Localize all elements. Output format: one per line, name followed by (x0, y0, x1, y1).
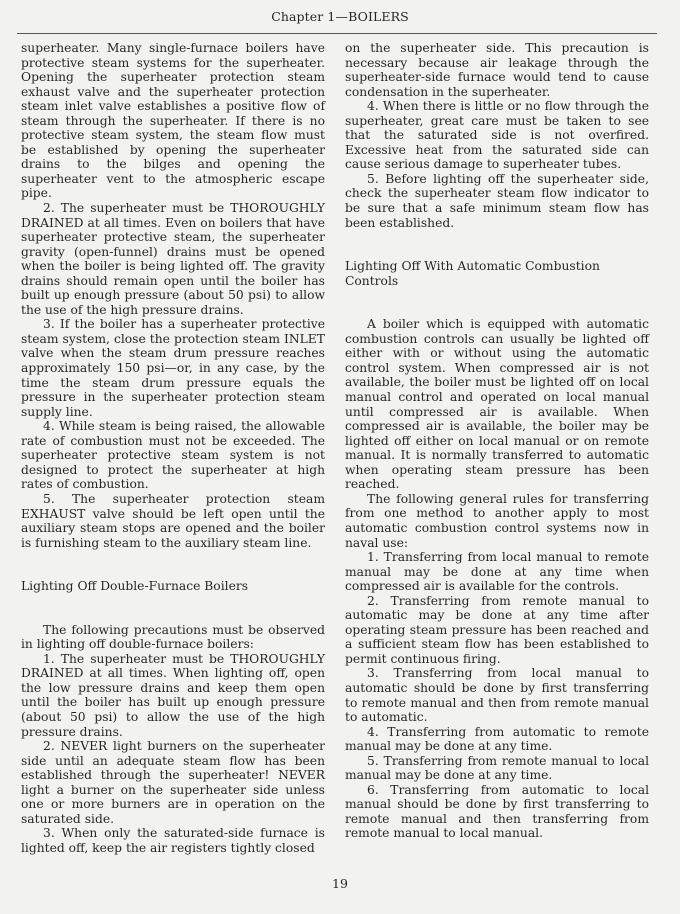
paragraph-continued: superheater. Many single-furnace boilers… (21, 41, 325, 201)
left-column: superheater. Many single-furnace boilers… (21, 41, 325, 855)
list-item: 2. NEVER light burners on the superheate… (21, 739, 325, 826)
list-item: 5. The superheater protection steam EXHA… (21, 492, 325, 550)
list-item: 1. The superheater must be THOROUGHLY DR… (21, 652, 325, 739)
rule-item: 1. Transferring from local manual to rem… (345, 550, 649, 594)
spacer (345, 288, 649, 317)
rule-item: 6. Transferring from automatic to local … (345, 783, 649, 841)
list-item: 3. When only the saturated-side furnace … (21, 826, 325, 855)
section-heading-automatic-controls: Lighting Off With Automatic Combustion C… (345, 259, 649, 288)
spacer (345, 230, 649, 259)
section-intro: The following precautions must be observ… (21, 623, 325, 652)
rule-item: 3. Transferring from local manual to aut… (345, 666, 649, 724)
rule-item: 5. Transferring from remote manual to lo… (345, 754, 649, 783)
right-column: on the superheater side. This precaution… (345, 41, 649, 841)
paragraph: A boiler which is equipped with automati… (345, 317, 649, 492)
running-head: Chapter 1—BOILERS (0, 9, 680, 24)
rule-item: 4. Transferring from automatic to remote… (345, 725, 649, 754)
list-item: 5. Before lighting off the superheater s… (345, 172, 649, 230)
rule-item: 2. Transferring from remote manual to au… (345, 594, 649, 667)
paragraph-continued: on the superheater side. This precaution… (345, 41, 649, 99)
section-heading-double-furnace: Lighting Off Double-Furnace Boilers (21, 579, 325, 594)
spacer (21, 594, 325, 623)
spacer (21, 550, 325, 579)
list-item: 4. While steam is being raised, the allo… (21, 419, 325, 492)
document-page: Chapter 1—BOILERS superheater. Many sing… (0, 0, 680, 914)
list-item: 3. If the boiler has a superheater prote… (21, 317, 325, 419)
header-rule (17, 33, 657, 34)
paragraph: The following general rules for transfer… (345, 492, 649, 550)
list-item: 4. When there is little or no flow throu… (345, 99, 649, 172)
list-item: 2. The superheater must be THOROUGHLY DR… (21, 201, 325, 317)
page-number: 19 (0, 876, 680, 891)
